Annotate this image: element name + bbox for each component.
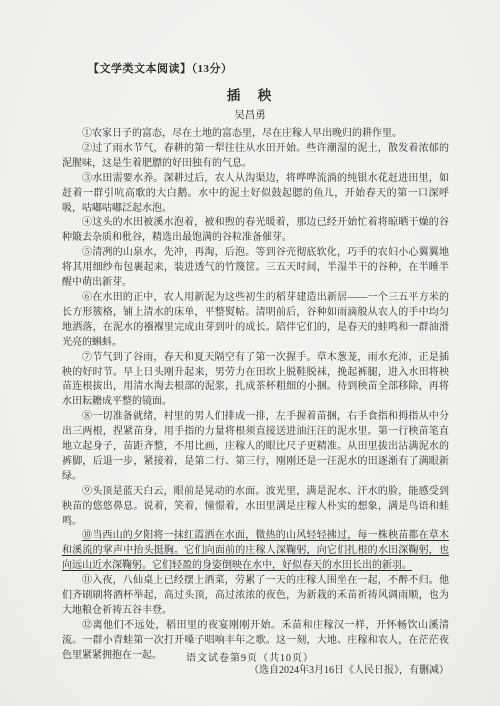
essay-author: 吴昌勇 [0,107,500,122]
paragraph: ①农家日子的富态，尽在土地的富态里，尽在庄稼人早出晚归的耕作里。 [62,127,449,142]
section-header: 【文学类文本阅读】（13分） [88,60,233,76]
paragraph: ⑧一切准备就绪，村里的男人们排成一排，左手握着苗捆，右手食指和拇指从中分出三两根… [62,410,449,485]
essay-body: ①农家日子的富态，尽在土地的富态里，尽在庄稼人早出晚归的耕作里。 ②过了雨水节气… [62,127,449,679]
essay-title: 插 秧 [0,84,500,104]
paragraph: ②过了雨水节气，春耕的第一犁往往从水田开始。些许潮湿的泥土，散发着浓郁的泥腥味，… [62,142,449,172]
paragraph: ⑪入夜，八仙桌上已经摆上酒菜，劳累了一天的庄稼人围坐在一起，不醉不归。他们齐刷刷… [62,574,449,619]
paragraph: ④这头的水田被溪水泡着，被和煦的春光暖着，那边已经开始忙着将晾晒干燥的谷种簸去杂… [62,216,449,246]
paragraph: ⑦节气到了谷雨，春天和夏天隔空有了第一次握手。草木葱茏，雨水充沛，正是插秧的好时… [62,351,449,411]
exam-page: 【文学类文本阅读】（13分） 插 秧 吴昌勇 ①农家日子的富态，尽在土地的富态里… [0,0,500,706]
paragraph: ⑥在水田的正中，农人用新泥为这些初生的稻芽建造出新居——一个三五平方米的长方形簇… [62,291,449,351]
source-attribution: （选自2024年3月16日《人民日报》，有删减） [62,664,449,679]
paragraph: ⑤清冽的山泉水，先冲，再淘，后泡。等到谷壳彻底软化，巧手的农妇小心翼翼地将其用细… [62,246,449,291]
paragraph: ③水田需要水养。深耕过后，农人从沟渠边，将哗哗流淌的纯银水花赶进田里，如赶着一群… [62,172,449,217]
page-footer: 语文试卷第9页（共10页） [0,649,500,664]
paragraph-underlined: ⑩当西山的夕阳将一抹红霞洒在水面，微热的山风轻轻拂过，每一株秧苗都在草木和溪流的… [62,529,449,574]
paragraph: ⑨头顶是蓝天白云，眼前是晃动的水面。波光里，满是泥水、汗水的脸，能感受到秧苗的悠… [62,485,449,530]
